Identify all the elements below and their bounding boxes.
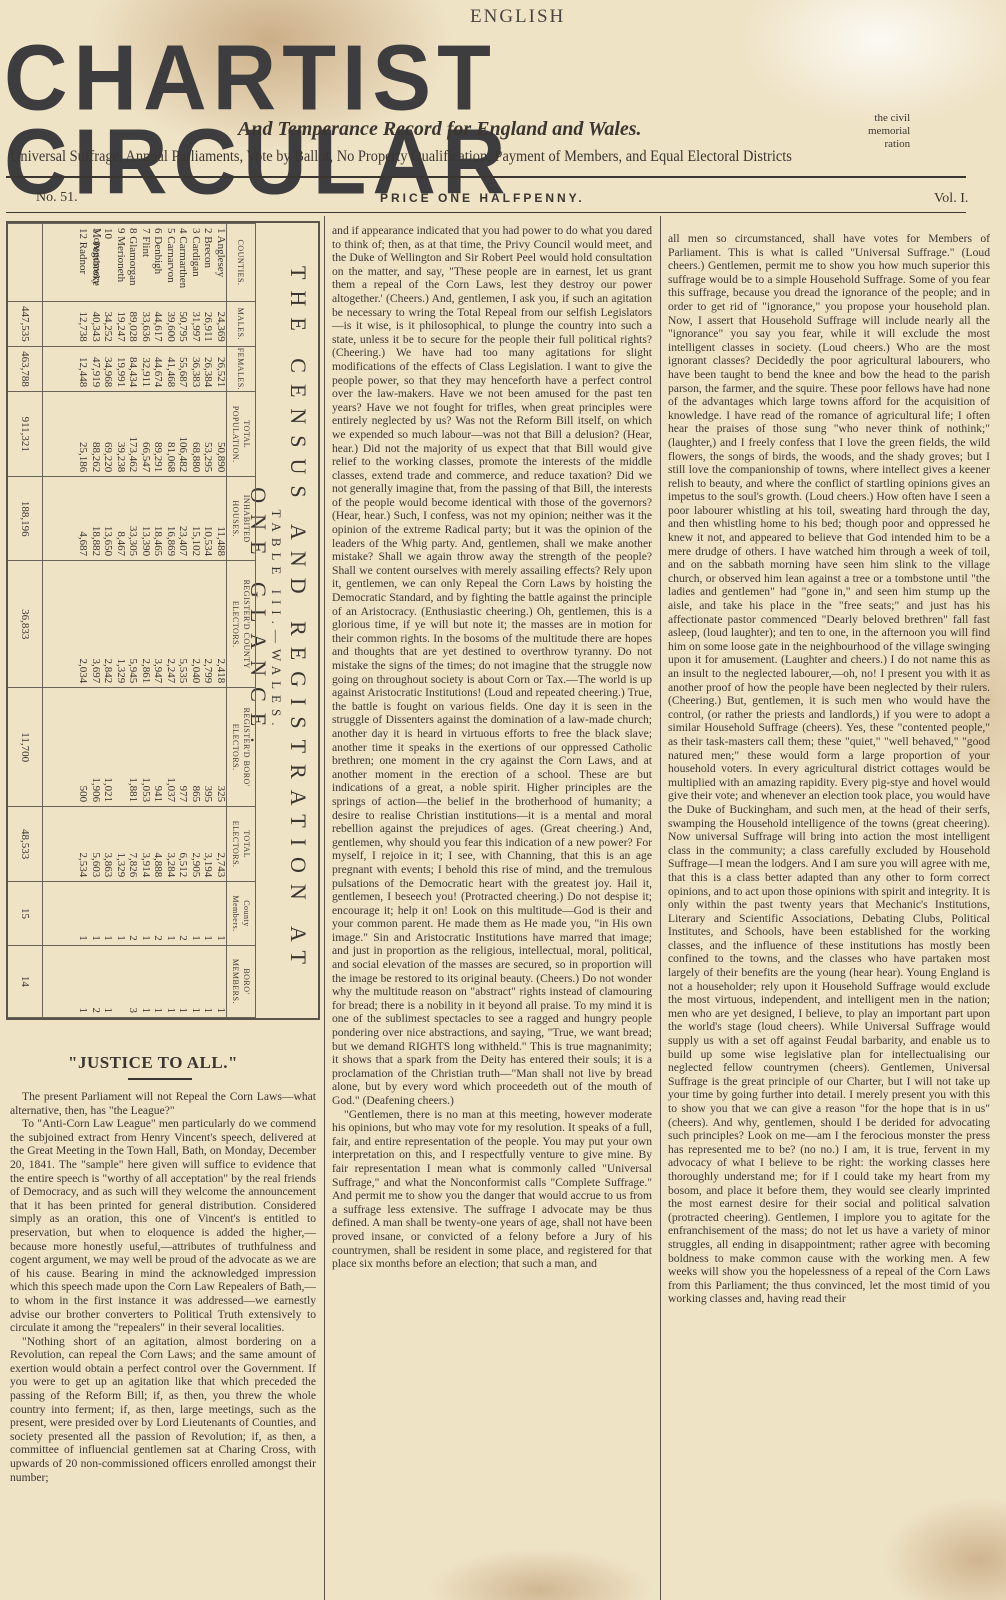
table-cell: 5 Carnarvon (164, 228, 177, 297)
article-paragraph: "Nothing short of an agitation, almost b… (10, 1335, 316, 1485)
table-cell: 50,795 (176, 306, 189, 342)
masthead-subtitle: And Temperance Record for England and Wa… (238, 118, 642, 141)
table-cell: 2,861 (139, 565, 152, 683)
table-cell: 2,034 (76, 565, 89, 683)
total-cell: 463,788 (8, 346, 43, 391)
table-cell: 1 (76, 886, 89, 941)
table-cell (114, 950, 127, 1013)
table-cell: 1 (139, 886, 152, 941)
table-cell: 2,799 (201, 565, 214, 683)
table-cell: 8 Glamorgan (126, 228, 139, 297)
table-cell: 2,418 (214, 565, 227, 683)
table-cell: 2,743 (214, 811, 227, 877)
table-cell: 33,305 (126, 481, 139, 556)
table-cell: 7 Flint (139, 228, 152, 297)
table-cell: 50,890 (214, 396, 227, 472)
table-cell: 10 Montgomery (101, 228, 114, 297)
column-header: MALES. (227, 301, 256, 346)
table-cell: 2,247 (164, 565, 177, 683)
table-cell: 3,284 (164, 811, 177, 877)
table-cell: 32,911 (139, 351, 152, 387)
census-table: COUNTIES.MALES.FEMALES.TOTAL POPULATION.… (8, 223, 256, 1018)
header-rule (6, 176, 966, 178)
table-cell: 66,547 (139, 396, 152, 472)
table-cell: 39,238 (114, 396, 127, 472)
table-cell: 1,329 (114, 811, 127, 877)
table-cell: 1 (189, 886, 202, 941)
table-cell: 2 (89, 950, 102, 1013)
table-column-cells: 24,36926,91131,99750,79539,60044,61733,6… (43, 301, 227, 346)
table-cell: 13,390 (139, 481, 152, 556)
table-cell: 33,636 (139, 306, 152, 342)
table-cell: 1,037 (164, 692, 177, 802)
table-cell: 7,826 (126, 811, 139, 877)
table-cell: 2,842 (101, 565, 114, 683)
table-cell: 1 (139, 950, 152, 1013)
table-cell: 47,919 (89, 351, 102, 387)
table-cell: 2,534 (76, 811, 89, 877)
total-cell: 11,700 (8, 688, 43, 807)
table-cell: 1,053 (139, 692, 152, 802)
table-body: 1 Anglesey2 Brecon3 Cardigan4 Carmarthen… (43, 224, 227, 1018)
table-column-cells: 2,4182,7992,0405,5352,2473,9472,8615,945… (43, 561, 227, 688)
total-cell (8, 224, 43, 302)
table-cell: 15,102 (189, 481, 202, 556)
table-cell: 1,329 (114, 565, 127, 683)
table-cell: 1 (214, 950, 227, 1013)
table-cell: 1 (89, 886, 102, 941)
article-paragraph: The present Parliament will not Repeal t… (10, 1090, 316, 1117)
table-cell: 10,534 (201, 481, 214, 556)
table-cell: 1 (164, 950, 177, 1013)
table-cell: 1,881 (126, 692, 139, 802)
table-cell: 19,991 (114, 351, 127, 387)
article-paragraph: To "Anti-Corn Law League" men particular… (10, 1117, 316, 1335)
table-cell: 24,369 (214, 306, 227, 342)
side-note: the civil memorial ration (868, 112, 910, 151)
table-cell: 2 (176, 886, 189, 941)
table-cell: 26,911 (201, 306, 214, 342)
charter-principles: Universal Suffrage, Annual Parliaments, … (10, 148, 792, 166)
table-cell: 2 (126, 886, 139, 941)
price-label: PRICE ONE HALFPENNY. (380, 191, 585, 205)
table-cell: 2 (151, 886, 164, 941)
table-cell: 1,021 (101, 692, 114, 802)
column-header: BORO' MEMBERS. (227, 945, 256, 1017)
column-header: FEMALES. (227, 346, 256, 391)
table-cell: 39,600 (164, 306, 177, 342)
total-cell: 48,533 (8, 807, 43, 882)
table-cell: 55,687 (176, 351, 189, 387)
table-cell: 19,247 (114, 306, 127, 342)
table-cell: 865 (189, 692, 202, 802)
table-cell: 84,434 (126, 351, 139, 387)
census-table-panel: THE CENSUS AND REGISTRATION AT ONE GLANC… (6, 221, 320, 1020)
table-cell: 2,905 (189, 811, 202, 877)
table-cell: 1 (76, 950, 89, 1013)
total-cell: 36,833 (8, 561, 43, 688)
table-cell: 11 Pembroke (89, 228, 102, 297)
table-cell: 69,220 (101, 396, 114, 472)
heading-ornament (128, 1078, 192, 1080)
table-cell: 6,512 (176, 811, 189, 877)
table-cell: 53,295 (201, 396, 214, 472)
article-column-3: all men so circumstanced, shall have vot… (668, 232, 990, 1306)
table-header-row: COUNTIES.MALES.FEMALES.TOTAL POPULATION.… (227, 224, 256, 1018)
table-cell: 34,252 (101, 306, 114, 342)
table-cell: 89,028 (126, 306, 139, 342)
table-cell: 1 (151, 950, 164, 1013)
table-cell: 34,968 (101, 351, 114, 387)
census-title: THE CENSUS AND REGISTRATION AT ONE GLANC… (278, 223, 318, 1018)
table-cell: 1 Anglesey (214, 228, 227, 297)
column-divider (660, 216, 661, 1600)
table-cell: 89,291 (151, 396, 164, 472)
table-cell: 395 (201, 692, 214, 802)
table-cell: 68,880 (189, 396, 202, 472)
table-cell: 1 (164, 886, 177, 941)
article-heading: "JUSTICE TO ALL." (68, 1053, 238, 1073)
column-header: TOTAL POPULATION. (227, 392, 256, 477)
table-cell: 3 (126, 950, 139, 1013)
issue-number: No. 51. (36, 190, 78, 206)
table-cell: 88,262 (89, 396, 102, 472)
table-cell: 2,040 (189, 565, 202, 683)
table-column-cells: 50,89053,29568,880106,48281,06889,29166,… (43, 392, 227, 477)
table-cell: 1 (214, 886, 227, 941)
article-paragraph: "Gentlemen, there is no man at this meet… (332, 1108, 652, 1271)
table-cell: 4,687 (76, 481, 89, 556)
table-cell: 26,521 (214, 351, 227, 387)
table-cell: 36,383 (189, 351, 202, 387)
column-header: County Members. (227, 882, 256, 946)
column-header: TOTAL ELECTORS. (227, 807, 256, 882)
table-column-cells: 11,48810,53415,10223,40716,86918,46513,3… (43, 477, 227, 561)
column-divider (324, 216, 325, 1600)
table-cell: 31,997 (189, 306, 202, 342)
table-cell: 3,863 (101, 811, 114, 877)
table-cell: 325 (214, 692, 227, 802)
table-cell: 12 Radnor (76, 228, 89, 297)
table-cell: 1 (101, 950, 114, 1013)
table-column-cells: 11111113121 (43, 945, 227, 1017)
table-cell: 977 (176, 692, 189, 802)
table-cell: 106,482 (176, 396, 189, 472)
census-subtitle: TABLE III.—WALES. (268, 223, 284, 1018)
table-cell: 173,462 (126, 396, 139, 472)
table-cell: 1 (201, 950, 214, 1013)
table-cell (114, 692, 127, 802)
column-header: INHABITED HOUSES. (227, 477, 256, 561)
table-cell: 8,467 (114, 481, 127, 556)
table-column-cells: 1 Anglesey2 Brecon3 Cardigan4 Carmarthen… (43, 224, 227, 302)
table-cell: 500 (76, 692, 89, 802)
table-cell: 44,674 (151, 351, 164, 387)
table-cell: 2 Brecon (201, 228, 214, 297)
table-cell: 1 (189, 950, 202, 1013)
table-cell: 12,448 (76, 351, 89, 387)
table-cell: 1 (101, 886, 114, 941)
table-cell: 12,738 (76, 306, 89, 342)
volume-label: Vol. I. (934, 191, 968, 207)
table-totals-row: 447,535463,788911,321188,19636,83311,700… (8, 224, 43, 1018)
table-cell: 44,617 (151, 306, 164, 342)
table-cell: 11,488 (214, 481, 227, 556)
table-cell: 40,343 (89, 306, 102, 342)
table-cell: 1 (114, 886, 127, 941)
table-cell: 13,650 (101, 481, 114, 556)
table-column-cells: 3253958659771,0379411,0531,8811,0211,906… (43, 688, 227, 807)
table-cell: 3,697 (89, 565, 102, 683)
table-cell: 3,947 (151, 565, 164, 683)
table-cell: 9 Merioneth (114, 228, 127, 297)
table-cell: 81,068 (164, 396, 177, 472)
table-cell: 1,906 (89, 692, 102, 802)
table-cell: 5,535 (176, 565, 189, 683)
table-cell: 4,888 (151, 811, 164, 877)
table-cell: 25,186 (76, 396, 89, 472)
table-cell: 23,407 (176, 481, 189, 556)
table-cell: 6 Denbigh (151, 228, 164, 297)
table-cell: 4 Carmarthen (176, 228, 189, 297)
table-cell: 1 (176, 950, 189, 1013)
article-paragraph: all men so circumstanced, shall have vot… (668, 232, 990, 1306)
table-cell: 3,914 (139, 811, 152, 877)
header-rule-lower (6, 212, 966, 213)
table-column-cells: 2,7433,1942,9056,5123,2844,8883,9147,826… (43, 807, 227, 882)
column-header: REGISTER'D BORO' ELECTORS. (227, 688, 256, 807)
table-cell: 18,465 (151, 481, 164, 556)
total-cell: 447,535 (8, 301, 43, 346)
table-column-cells: 111212121111 (43, 882, 227, 946)
total-cell: 188,196 (8, 477, 43, 561)
table-cell: 41,468 (164, 351, 177, 387)
article-column-1: The present Parliament will not Repeal t… (10, 1090, 316, 1484)
table-cell: 3 Cardigan (189, 228, 202, 297)
article-paragraph: and if appearance indicated that you had… (332, 224, 652, 1108)
total-cell: 15 (8, 882, 43, 946)
table-cell: 3,194 (201, 811, 214, 877)
table-cell: 1 (201, 886, 214, 941)
article-column-2: and if appearance indicated that you had… (332, 224, 652, 1271)
table-cell: 26,384 (201, 351, 214, 387)
table-cell: 5,945 (126, 565, 139, 683)
table-cell: 5,603 (89, 811, 102, 877)
column-header: REGISTER'D COUNTY ELECTORS. (227, 561, 256, 688)
table-column-cells: 26,52126,38436,38355,68741,46844,67432,9… (43, 346, 227, 391)
total-cell: 911,321 (8, 392, 43, 477)
table-cell: 16,869 (164, 481, 177, 556)
total-cell: 14 (8, 945, 43, 1017)
table-cell: 18,882 (89, 481, 102, 556)
column-header: COUNTIES. (227, 224, 256, 302)
table-cell: 941 (151, 692, 164, 802)
